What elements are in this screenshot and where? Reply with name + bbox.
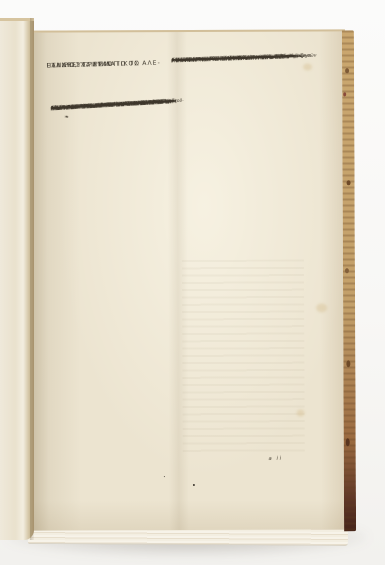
edge-stain (343, 92, 346, 96)
text-fragment: λέξεις ἀτν (2, 348, 22, 350)
text-fragment: θεν κείμ λ (2, 88, 21, 90)
curled-leaf-caps: ΟΛΕΣΤΗΗ ΙΣΑ ά. (2, 44, 32, 48)
column-final-word: μεμελέτηται. (51, 104, 83, 113)
text-fragment: θώτους τα (2, 347, 22, 349)
text-fragment: προσθεὶς κ (2, 235, 22, 237)
photo-background: ΗΣΥΧΙΟΣ ΓΡΑΜΜΑΤΙΚΟΣ ΑΛΕ- ΞΑΝΔΡΕΥΣ, ΕΥΛΟΓ… (0, 0, 385, 565)
text-fragment: δεηθῆν μκ (2, 348, 21, 350)
text-fragment: μένων ὥστ (2, 347, 23, 349)
text-fragment: ν γρηφ ἐλφ (2, 87, 23, 89)
initial-guide-ornament: ❧ (64, 114, 69, 122)
text-fragment: τν παλ γρμ (2, 87, 23, 89)
text-fragment: ραμ φιλ τε (2, 88, 22, 90)
open-page: ΗΣΥΧΙΟΣ ΓΡΑΜΜΑΤΙΚΟΣ ΑΛΕ- ΞΑΝΔΡΕΥΣ, ΕΥΛΟΓ… (31, 29, 347, 530)
text-fragment: καὶ ἀδιορ (2, 348, 20, 350)
caps-fragment: Α ά. (2, 47, 11, 48)
edge-stain (347, 180, 351, 185)
curled-leaf-text: ν γρηφ ἐλφτῶ σπκ ἄγνραμ φιλ τεος λεξ κὶ … (2, 86, 32, 90)
text-fragment: οῖς φιλομ (2, 88, 20, 90)
foxing-spot (297, 409, 305, 416)
text-fragment: φιλολ κμ τ (2, 88, 22, 90)
text-fragment: σεως αὐτὰ (2, 347, 22, 349)
text-fragment: τας βιβλί (2, 348, 20, 350)
ink-speck (193, 484, 195, 486)
preface-heading: ΗΣΥΧΙΟΣ ΓΡΑΜΜΑΤΙΚΟΣ ΑΛΕ- ΞΑΝΔΡΕΥΣ, ΕΥΛΟΓ… (46, 58, 172, 61)
curled-leaf-text: μένων ὥστκαὶ διορθσεως αὐτὰδεηθῆν μκρᾶς … (2, 346, 32, 350)
text-fragment: ρᾶς ἃς εὗρ (2, 347, 23, 349)
text-fragment: αι τῶν παρ (2, 235, 23, 237)
text-fragment: σχηκε πολ (2, 236, 21, 238)
text-fragment: τος ἅπασι (2, 236, 21, 238)
edge-stain (346, 360, 350, 367)
leaf-crease (30, 18, 34, 540)
foxing-spot (303, 63, 312, 70)
text-fragment: λῶν ἀντγρ (2, 235, 22, 237)
text-fragment: προσθεὶς δ (2, 347, 22, 349)
curled-leaf-text: τος ἅπασιωθεὶς ἀλλξ ἱστορικαι τῶν παρμεν… (2, 234, 32, 238)
text-fragment: ξ ἱστορικ (2, 236, 19, 238)
text-fragment: τὰς δὲ λξς (2, 235, 22, 237)
text-fragment: ος λεξ κὶ ν (2, 87, 22, 89)
right-text-column: τέλος πολλὰ χρήσιμον, καὶ τὴν φράσιν, με… (171, 53, 295, 57)
fore-edge (342, 30, 356, 531)
printed-content: ΗΣΥΧΙΟΣ ΓΡΑΜΜΑΤΙΚΟΣ ΑΛΕ- ΞΑΝΔΡΕΥΣ, ΕΥΛΟΓ… (26, 28, 353, 534)
edge-stain (345, 68, 349, 73)
column-final-word: τημάτων· (171, 57, 194, 65)
left-text-column: ❧ ολλοὶ μὲν καὶ ἄλλοι τῶν παλαιῶν,τὰς κα… (51, 98, 172, 105)
text-fragment: θσι χρησμ (2, 88, 21, 90)
text-fragment: τῶ σπκ ἄγν (2, 87, 23, 90)
text-fragment: ξς ἁπάσς τ (2, 87, 23, 89)
text-fragment: μενος γρφ (2, 236, 21, 238)
text-fragment: καὶ διορθ (2, 348, 20, 350)
text-fragment: ωθεὶς ἀλλ (2, 236, 21, 238)
text-fragment: ων καὶ τὰς (2, 87, 22, 89)
text-fragment: ἐκ τν βιβλ (2, 88, 21, 90)
text-fragment: ων σποράδ (2, 87, 22, 89)
ink-speck (164, 476, 165, 477)
heading-line: ΕΤΑΙΡΩ, ΧΑΙΡΕΙΝ· (46, 60, 115, 72)
foxing-spot (316, 303, 327, 312)
text-fragment: θογραφ τε (2, 236, 22, 238)
signature-mark: a ii (268, 456, 282, 462)
caps-fragment: Η ΙΣ (2, 47, 11, 48)
text-fragment: πόνον παρ (2, 236, 21, 238)
curled-leaf: ΟΛΕΣΤΗΗ ΙΣΑ ά. ν γρηφ ἐλφτῶ σπκ ἄγνραμ φ… (0, 18, 34, 540)
edge-stain (346, 438, 350, 446)
caps-fragment: ΟΛΕΣΤΗ (2, 46, 19, 48)
text-fragment: τόνους ὀρ (2, 236, 21, 238)
text-fragment: ωρθωσάμν (2, 347, 22, 349)
edge-stain (345, 268, 349, 273)
